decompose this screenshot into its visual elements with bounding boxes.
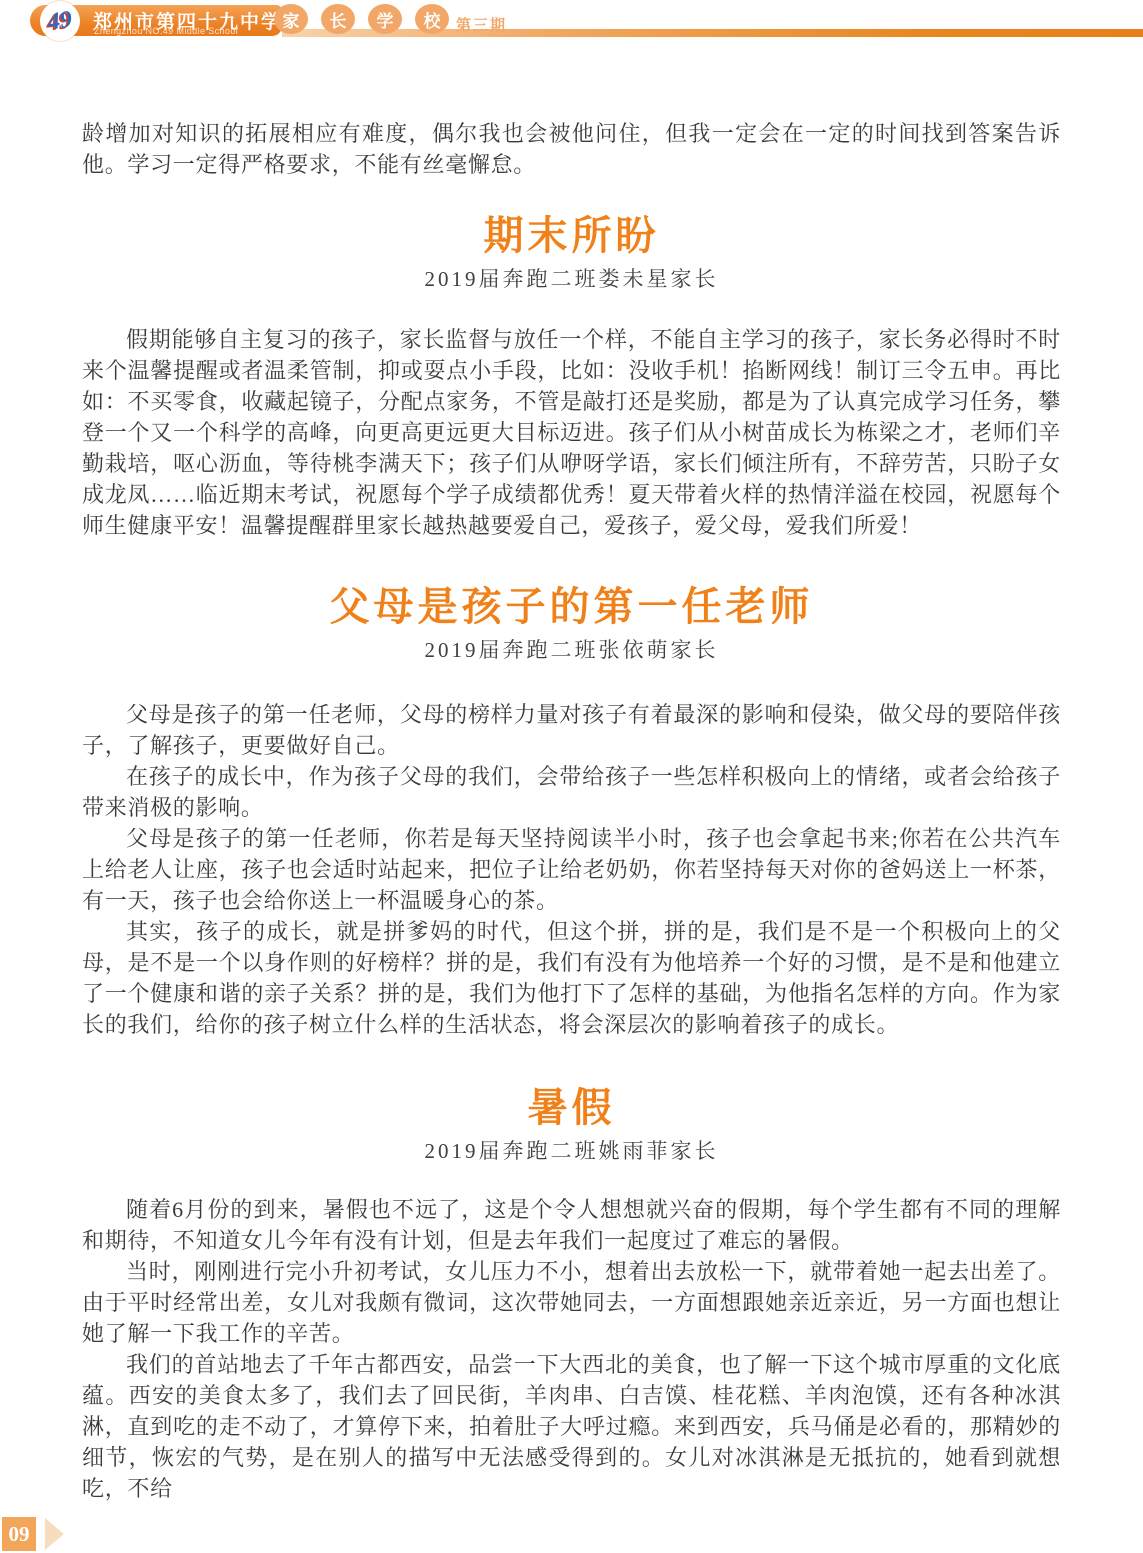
article-title: 父母是孩子的第一任老师 (82, 583, 1061, 631)
content-column: 龄增加对知识的拓展相应有难度，偶尔我也会被他问住，但我一定会在一定的时间找到答案… (82, 46, 1061, 1504)
page-header: 49 郑州市第四十九中学 Zhengzhou NO.49 Middle Scho… (0, 0, 1143, 46)
school-name-en: Zhengzhou NO.49 Middle School (94, 26, 238, 36)
paragraph: 在孩子的成长中，作为孩子父母的我们，会带给孩子一些怎样积极向上的情绪，或者会给孩… (82, 761, 1061, 823)
intro-continuation: 龄增加对知识的拓展相应有难度，偶尔我也会被他问住，但我一定会在一定的时间找到答案… (82, 118, 1061, 180)
paragraph: 父母是孩子的第一任老师，你若是每天坚持阅读半小时，孩子也会拿起书来;你若在公共汽… (82, 823, 1061, 916)
article-author: 2019届奔跑二班张依萌家长 (82, 635, 1061, 665)
paragraph: 龄增加对知识的拓展相应有难度，偶尔我也会被他问住，但我一定会在一定的时间找到答案… (82, 118, 1061, 180)
paragraph: 当时，刚刚进行完小升初考试，女儿压力不小，想着出去放松一下，就带着她一起去出差了… (82, 1256, 1061, 1349)
article-title: 暑假 (82, 1084, 1061, 1132)
paragraph: 随着6月份的到来，暑假也不远了，这是个令人想想就兴奋的假期，每个学生都有不同的理… (82, 1194, 1061, 1256)
paragraph: 其实，孩子的成长，就是拼爹妈的时代，但这个拼，拼的是，我们是不是一个积极向上的父… (82, 916, 1061, 1040)
issue-number: 第三期 (456, 14, 507, 35)
header-gradient-strip (282, 29, 1143, 37)
masthead-badge: 长 (321, 4, 355, 34)
article-author: 2019届奔跑二班娄未星家长 (82, 264, 1061, 294)
page-number-arrow-icon (45, 1518, 64, 1550)
paragraph: 父母是孩子的第一任老师，父母的榜样力量对孩子有着最深的影响和侵染，做父母的要陪伴… (82, 699, 1061, 761)
masthead-badge: 校 (415, 4, 449, 34)
masthead-badge: 家 (274, 4, 308, 34)
article-title: 期末所盼 (82, 212, 1061, 260)
school-logo-number: 49 (46, 7, 73, 34)
paragraph: 假期能够自主复习的孩子，家长监督与放任一个样，不能自主学习的孩子，家长务必得时不… (82, 324, 1061, 541)
page-number: 09 (2, 1517, 36, 1551)
article-author: 2019届奔跑二班姚雨菲家长 (82, 1136, 1061, 1166)
newsletter-page: 49 郑州市第四十九中学 Zhengzhou NO.49 Middle Scho… (0, 0, 1143, 1553)
article-body: 父母是孩子的第一任老师，父母的榜样力量对孩子有着最深的影响和侵染，做父母的要陪伴… (82, 699, 1061, 1040)
article-body: 随着6月份的到来，暑假也不远了，这是个令人想想就兴奋的假期，每个学生都有不同的理… (82, 1194, 1061, 1504)
paragraph: 我们的首站地去了千年古都西安，品尝一下大西北的美食，也了解一下这个城市厚重的文化… (82, 1349, 1061, 1504)
school-logo-icon: 49 (40, 1, 80, 41)
article-body: 假期能够自主复习的孩子，家长监督与放任一个样，不能自主学习的孩子，家长务必得时不… (82, 324, 1061, 541)
masthead-badge: 学 (368, 4, 402, 34)
